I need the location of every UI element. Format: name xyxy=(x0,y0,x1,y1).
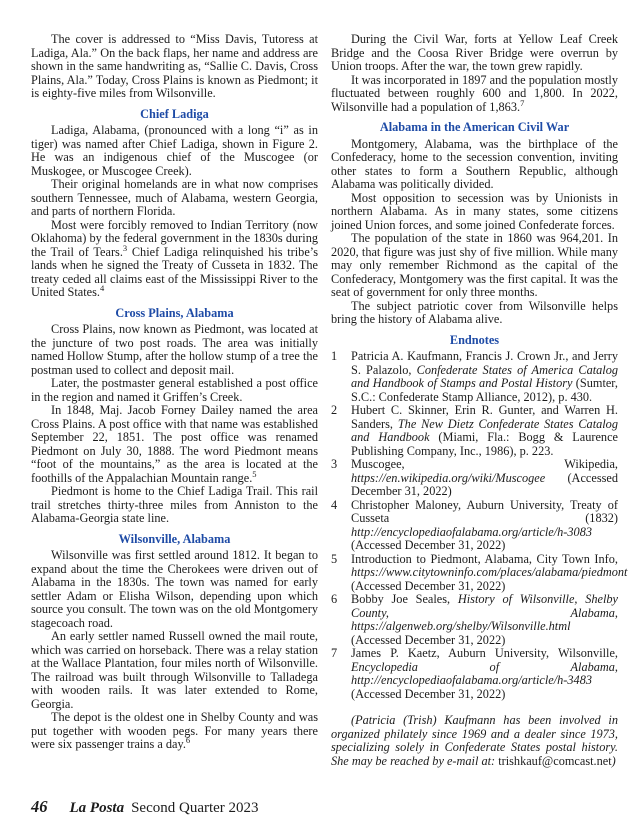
text-run: The subject patriotic cover from Wilsonv… xyxy=(331,299,618,327)
body-paragraph: During the Civil War, forts at Yellow Le… xyxy=(331,33,618,74)
body-paragraph: In 1848, Maj. Jacob Forney Dailey named … xyxy=(31,404,318,485)
text-run: https://www.citytowninfo.com/places/alab… xyxy=(351,565,627,579)
body-paragraph: The population of the state in 1860 was … xyxy=(331,232,618,300)
body-paragraph: It was incorporated in 1897 and the popu… xyxy=(331,74,618,115)
journal-title: La Posta xyxy=(70,802,125,816)
footnote-ref: 6 xyxy=(186,735,190,745)
document-page: The cover is addressed to “Miss Davis, T… xyxy=(0,0,635,827)
body-paragraph: Cross Plains, now known as Piedmont, was… xyxy=(31,323,318,377)
text-run: http://encyclopediaofalabama.org/article… xyxy=(351,673,592,687)
endnote-item: 5Introduction to Piedmont, Alabama, City… xyxy=(331,553,618,594)
body-paragraph: Piedmont is home to the Chief Ladiga Tra… xyxy=(31,485,318,526)
text-run: (Accessed December 31, 2022) xyxy=(351,687,505,701)
text-run: https://algenweb.org/shelby/Wilsonville.… xyxy=(351,619,571,633)
endnote-number: 5 xyxy=(331,553,351,567)
section-heading: Endnotes xyxy=(331,334,618,348)
text-run: (Accessed December 31, 2022) xyxy=(351,633,505,647)
text-run: The depot is the oldest one in Shelby Co… xyxy=(31,710,318,751)
text-run: Ladiga, Alabama, (pronounced with a long… xyxy=(31,123,318,178)
text-run: trishkauf@comcast.net xyxy=(498,754,611,768)
text-run: Their original homelands are in what now… xyxy=(31,177,318,218)
section-heading: Alabama in the American Civil War xyxy=(331,121,618,135)
page-footer: 46 La Posta Second Quarter 2023 xyxy=(31,800,259,816)
endnote-item: 3Muscogee, Wikipedia, https://en.wikiped… xyxy=(331,458,618,499)
endnote-number: 3 xyxy=(331,458,351,472)
body-paragraph: The subject patriotic cover from Wilsonv… xyxy=(331,300,618,327)
text-run: The cover is addressed to “Miss Davis, T… xyxy=(31,32,318,100)
body-paragraph: An early settler named Russell owned the… xyxy=(31,630,318,711)
endnote-item: 7James P. Kaetz, Auburn University, Wils… xyxy=(331,647,618,701)
endnote-item: 1Patricia A. Kaufmann, Francis J. Crown … xyxy=(331,350,618,404)
text-run: Wilsonville was first settled around 181… xyxy=(31,548,318,630)
text-run: Bobby Joe Seales, xyxy=(351,592,458,606)
endnote-list: 1Patricia A. Kaufmann, Francis J. Crown … xyxy=(331,350,618,701)
footnote-ref: 5 xyxy=(252,468,256,478)
endnote-number: 2 xyxy=(331,404,351,418)
page-number: 46 xyxy=(31,800,48,814)
text-run: , xyxy=(615,606,618,620)
text-run: Later, the postmaster general establishe… xyxy=(31,376,318,404)
article-body: The cover is addressed to “Miss Davis, T… xyxy=(31,33,618,768)
text-run: In 1848, Maj. Jacob Forney Dailey named … xyxy=(31,403,318,485)
section-heading: Cross Plains, Alabama xyxy=(31,307,318,321)
text-run: During the Civil War, forts at Yellow Le… xyxy=(331,32,618,73)
footnote-ref: 7 xyxy=(520,97,524,107)
left-column: The cover is addressed to “Miss Davis, T… xyxy=(31,33,318,768)
body-paragraph: Montgomery, Alabama, was the birthplace … xyxy=(331,138,618,192)
text-run: (Accessed December 31, 2022) xyxy=(351,579,505,593)
text-run: Muscogee, Wikipedia, xyxy=(351,457,618,471)
text-run: An early settler named Russell owned the… xyxy=(31,629,318,711)
body-paragraph: Their original homelands are in what now… xyxy=(31,178,318,219)
text-run: Encyclopedia of Alabama xyxy=(351,660,615,674)
endnote-number: 6 xyxy=(331,593,351,607)
text-run: https://en.wikipedia.org/wiki/Muscogee xyxy=(351,471,545,485)
body-paragraph: Later, the postmaster general establishe… xyxy=(31,377,318,404)
text-run: The population of the state in 1860 was … xyxy=(331,231,618,299)
endnote-number: 4 xyxy=(331,499,351,513)
body-paragraph: The cover is addressed to “Miss Davis, T… xyxy=(31,33,318,101)
text-run: ) xyxy=(612,754,616,768)
body-paragraph: Most opposition to secession was by Unio… xyxy=(331,192,618,233)
endnote-number: 7 xyxy=(331,647,351,661)
text-run: Most opposition to secession was by Unio… xyxy=(331,191,618,232)
text-run: Piedmont is home to the Chief Ladiga Tra… xyxy=(31,484,318,525)
text-run: , xyxy=(615,660,618,674)
text-run: Introduction to Piedmont, Alabama, City … xyxy=(351,552,618,566)
body-paragraph: Most were forcibly removed to Indian Ter… xyxy=(31,219,318,300)
text-run: Cross Plains, now known as Piedmont, was… xyxy=(31,322,318,377)
endnote-item: 6Bobby Joe Seales, History of Wilsonvill… xyxy=(331,593,618,647)
text-run: (Accessed December 31, 2022) xyxy=(351,538,505,552)
text-run: http://encyclopediaofalabama.org/article… xyxy=(351,525,592,539)
text-run: James P. Kaetz, Auburn University, Wilso… xyxy=(351,646,618,660)
body-paragraph: The depot is the oldest one in Shelby Co… xyxy=(31,711,318,752)
endnote-number: 1 xyxy=(331,350,351,364)
text-run: Montgomery, Alabama, was the birthplace … xyxy=(331,137,618,192)
endnote-item: 2Hubert C. Skinner, Erin R. Gunter, and … xyxy=(331,404,618,458)
author-note: (Patricia (Trish) Kaufmann has been invo… xyxy=(331,714,618,768)
section-heading: Chief Ladiga xyxy=(31,108,318,122)
issue-label: Second Quarter 2023 xyxy=(131,802,258,816)
text-run: It was incorporated in 1897 and the popu… xyxy=(331,73,618,114)
body-paragraph: Ladiga, Alabama, (pronounced with a long… xyxy=(31,124,318,178)
text-run: Christopher Maloney, Auburn University, … xyxy=(351,498,618,526)
right-column: During the Civil War, forts at Yellow Le… xyxy=(331,33,618,768)
footnote-ref: 4 xyxy=(100,283,104,293)
endnote-item: 4Christopher Maloney, Auburn University,… xyxy=(331,499,618,553)
body-paragraph: Wilsonville was first settled around 181… xyxy=(31,549,318,630)
section-heading: Wilsonville, Alabama xyxy=(31,533,318,547)
